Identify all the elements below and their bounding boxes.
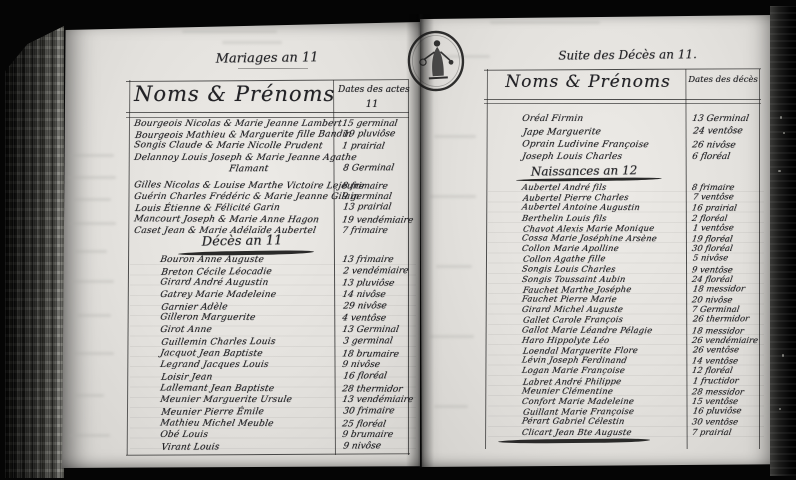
bleedthrough-mark — [430, 335, 474, 338]
row-name: Meunier Clémentine — [487, 385, 614, 396]
table-row: Meunier Clémentine28 messidor — [488, 385, 764, 397]
row-date: 3 germinal — [342, 336, 393, 348]
table-row: Virant Louis9 nivôse — [131, 441, 417, 455]
row-name: Mathieu Michel Meuble — [129, 418, 274, 430]
row-date: 14 nivôse — [341, 290, 386, 302]
row-name: Pérart Gabriel Célestin — [487, 416, 625, 427]
table-row: Clicart Jean Bte Auguste7 prairial — [488, 427, 764, 437]
row-date: 2 floréal — [691, 213, 728, 223]
marriages-rows: Bourgeois Nicolas & Marie Jeanne Lambert… — [130, 119, 416, 237]
row-date: 1 prairial — [341, 142, 385, 153]
deces-section-header: Décès an 11 — [160, 233, 324, 251]
bleedthrough-mark — [436, 265, 472, 268]
row-name: Songis Toussaint Aubin — [487, 274, 626, 284]
left-page: Mariages an 11 Noms & Prénoms Dates des … — [62, 22, 420, 468]
row-name: Fauchet Pierre Marie — [487, 293, 617, 304]
bleedthrough-mark — [74, 394, 104, 397]
row-name: Girard Michel Auguste — [487, 304, 624, 314]
row-name: Mancourt Joseph & Marie Anne Hagon — [129, 214, 320, 226]
row-name: Aubertel Antoine Augustin — [487, 202, 641, 213]
row-date: 4 ventôse — [341, 314, 387, 326]
table-row: Bouron Anne Auguste13 frimaire — [130, 255, 416, 267]
row-date: 1 ventôse — [692, 222, 734, 232]
table-row: Aubertel Antoine Augustin16 prairial — [488, 202, 764, 214]
table-row: Songis Louis Charles9 ventôse — [488, 263, 764, 275]
row-name: Aubertel André fils — [487, 182, 607, 192]
book-cover-edge-right — [770, 6, 796, 476]
row-date: 1 fructidor — [692, 375, 739, 386]
row-name: Girard André Augustin — [129, 278, 269, 290]
row-name: Bourgeois Nicolas & Marie Jeanne Lambert — [129, 119, 342, 130]
table-row: Songis Claude & Marie Nicolle Prudent1 p… — [130, 141, 416, 154]
table-row: Girard André Augustin13 pluviôse — [130, 278, 416, 291]
row-date: 12 floréal — [691, 365, 733, 375]
left-page-title: Mariages an 11 — [172, 50, 362, 68]
revenue-stamp-icon — [402, 26, 469, 97]
row-date: 9 nivôse — [341, 360, 381, 372]
row-date: 19 vendémiaire — [341, 215, 414, 227]
table-line — [126, 112, 409, 113]
table-line — [484, 99, 761, 100]
scan-artifact — [782, 354, 784, 357]
scan-artifact — [778, 170, 781, 172]
table-row: Gallot Marie Léandre Pélagie18 messidor — [488, 324, 764, 336]
table-row: Mancourt Joseph & Marie Anne Hagon19 ven… — [130, 214, 416, 227]
row-date: 8 Germinal — [342, 163, 395, 175]
row-date: 19 pluviôse — [342, 129, 396, 141]
table-row: Berthelin Louis fils2 floréal — [488, 213, 764, 223]
bleedthrough-mark — [434, 405, 468, 408]
register-book-scan: Mariages an 11 Noms & Prénoms Dates des … — [0, 0, 796, 480]
bleedthrough-mark — [434, 135, 476, 138]
table-line — [484, 68, 761, 71]
row-date: 13 frimaire — [341, 255, 394, 267]
table-row: Obé Louis9 brumaire — [130, 430, 416, 442]
row-date: 26 nivôse — [691, 139, 737, 152]
row-name: Gatrey Marie Madeleine — [129, 290, 277, 302]
row-name: Oréal Firmin — [487, 113, 584, 126]
table-row: Jape Marguerite24 ventôse — [489, 125, 765, 140]
bleedthrough-mark — [182, 30, 277, 33]
row-date: 26 ventôse — [692, 344, 740, 355]
row-name: Gilles Nicolas & Louise Marthe Victoire … — [129, 180, 365, 192]
row-date: 16 floréal — [342, 371, 387, 383]
row-name: Obé Louis — [129, 430, 209, 442]
row-name: Oprain Ludivine Françoise — [487, 138, 650, 152]
row-date: 30 frimaire — [342, 406, 395, 418]
bleedthrough-mark — [70, 280, 114, 283]
row-name: Cossa Marie Joséphine Arsène — [487, 232, 658, 243]
bleedthrough-mark — [430, 195, 476, 198]
table-row: Jacquot Jean Baptiste18 brumaire — [130, 348, 416, 361]
dates-column-year: 11 — [338, 99, 406, 110]
table-row: Gatrey Marie Madeleine14 nivôse — [130, 290, 416, 302]
row-name: Clicart Jean Bte Auguste — [487, 427, 632, 437]
row-date: 18 messidor — [692, 283, 745, 294]
table-row: Girot Anne13 Germinal — [130, 325, 416, 337]
row-date: 2 vendémiaire — [342, 266, 409, 278]
row-name: Legrand Jacques Louis — [129, 360, 269, 372]
row-name: Bouron Anne Auguste — [129, 255, 265, 267]
row-name: Joseph Louis Charles — [487, 151, 623, 164]
row-name: Delannoy Louis Joseph & Marie Jeanne Aga… — [129, 153, 357, 164]
row-date: 26 thermidor — [692, 314, 750, 325]
title-underline — [238, 68, 308, 69]
row-date: 9 ventôse — [691, 264, 733, 274]
table-row: Gilles Nicolas & Louise Marthe Victoire … — [130, 180, 416, 193]
table-row: Oréal Firmin13 Germinal — [488, 113, 764, 126]
row-name: Haro Hippolyte Léo — [487, 335, 610, 345]
bleedthrough-mark — [70, 434, 110, 437]
row-date: 13 pluviôse — [341, 279, 395, 291]
scan-artifact — [783, 132, 785, 134]
row-date: 29 nivôse — [342, 301, 387, 313]
bleedthrough-mark — [70, 222, 116, 225]
row-date: 24 ventôse — [692, 125, 743, 138]
table-row: Joseph Louis Charles6 floréal — [488, 151, 764, 164]
naissances-rows: Aubertel André fils8 frimaire Aubertel P… — [488, 182, 764, 437]
bleedthrough-mark — [75, 250, 107, 253]
table-row: Logan Marie Françoise12 floréal — [488, 365, 764, 375]
row-name: Songis Claude & Marie Nicolle Prudent — [129, 141, 323, 153]
deces-rows-right: Oréal Firmin13 Germinal Jape Marguerite2… — [488, 113, 764, 164]
row-date: 6 floréal — [691, 151, 731, 164]
bleedthrough-mark — [68, 176, 116, 179]
table-row: Flamant8 Germinal — [131, 163, 417, 176]
table-row: Gilleron Marguerite4 ventôse — [130, 313, 416, 326]
bleedthrough-mark — [70, 154, 114, 157]
scan-artifact — [779, 408, 781, 410]
bleedthrough-mark — [77, 314, 111, 317]
row-name: Gilleron Marguerite — [129, 313, 256, 325]
right-page-title: Suite des Décès an 11. — [515, 47, 740, 63]
bleedthrough-mark — [73, 198, 111, 201]
row-name: Berthelin Louis fils — [487, 213, 607, 223]
closing-ink-line — [498, 438, 650, 443]
row-date: 16 pluviôse — [692, 405, 742, 416]
right-page: Suite des Décès an 11. Noms & Prénoms Da… — [420, 15, 773, 467]
row-date: 5 nivôse — [692, 253, 729, 263]
row-date: 7 ventôse — [692, 191, 734, 201]
row-name: Collon Marie Apolline — [487, 243, 619, 253]
row-date: 13 Germinal — [341, 325, 399, 337]
row-name: Meunier Marguerite Ursule — [129, 395, 293, 407]
deces-rows-left: Bouron Anne Auguste13 frimaire Breton Cé… — [130, 255, 416, 454]
bleedthrough-mark — [72, 352, 114, 355]
dates-column-header: Dates des actes — [338, 85, 406, 95]
row-date: 13 Germinal — [691, 113, 750, 126]
table-row: Pérart Gabriel Célestin30 ventôse — [488, 416, 764, 428]
row-name: Virant Louis — [130, 442, 220, 454]
table-row: Delannoy Louis Joseph & Marie Jeanne Aga… — [130, 153, 416, 164]
bleedthrough-mark — [222, 41, 282, 44]
dates-column-header: Dates des décès — [688, 75, 758, 85]
names-column-header: Noms & Prénoms — [134, 82, 332, 106]
table-row: Oprain Ludivine Françoise26 nivôse — [488, 138, 764, 152]
row-name: Confort Marie Madeleine — [487, 396, 635, 406]
book-page-edges-left — [5, 26, 64, 478]
row-name: Logan Marie Françoise — [487, 365, 626, 375]
row-date: 7 prairial — [691, 427, 732, 437]
row-name: Gallot Marie Léandre Pélagie — [487, 324, 653, 335]
row-date: 9 nivôse — [342, 441, 381, 453]
table-row: Meunier Marguerite Ursule13 vendémiaire — [130, 395, 416, 407]
row-name: Flamant — [224, 164, 269, 176]
table-line — [484, 103, 761, 104]
row-name: Lallemant Jean Baptiste — [129, 383, 275, 395]
row-name: Girot Anne — [129, 325, 213, 337]
row-name: Songis Louis Charles — [487, 263, 616, 274]
row-name: Lévin Joseph Ferdinand — [487, 354, 628, 365]
row-name: Jacquot Jean Baptiste — [129, 348, 263, 360]
scan-artifact — [780, 116, 782, 119]
row-date: 7 frimaire — [341, 226, 388, 237]
row-date: 13 prairial — [342, 202, 392, 214]
names-column-header: Noms & Prénoms — [496, 72, 680, 92]
bleedthrough-mark — [490, 21, 600, 24]
table-row: Legrand Jacques Louis9 nivôse — [130, 360, 416, 372]
table-row: Guillemin Charles Louis3 germinal — [131, 336, 417, 350]
